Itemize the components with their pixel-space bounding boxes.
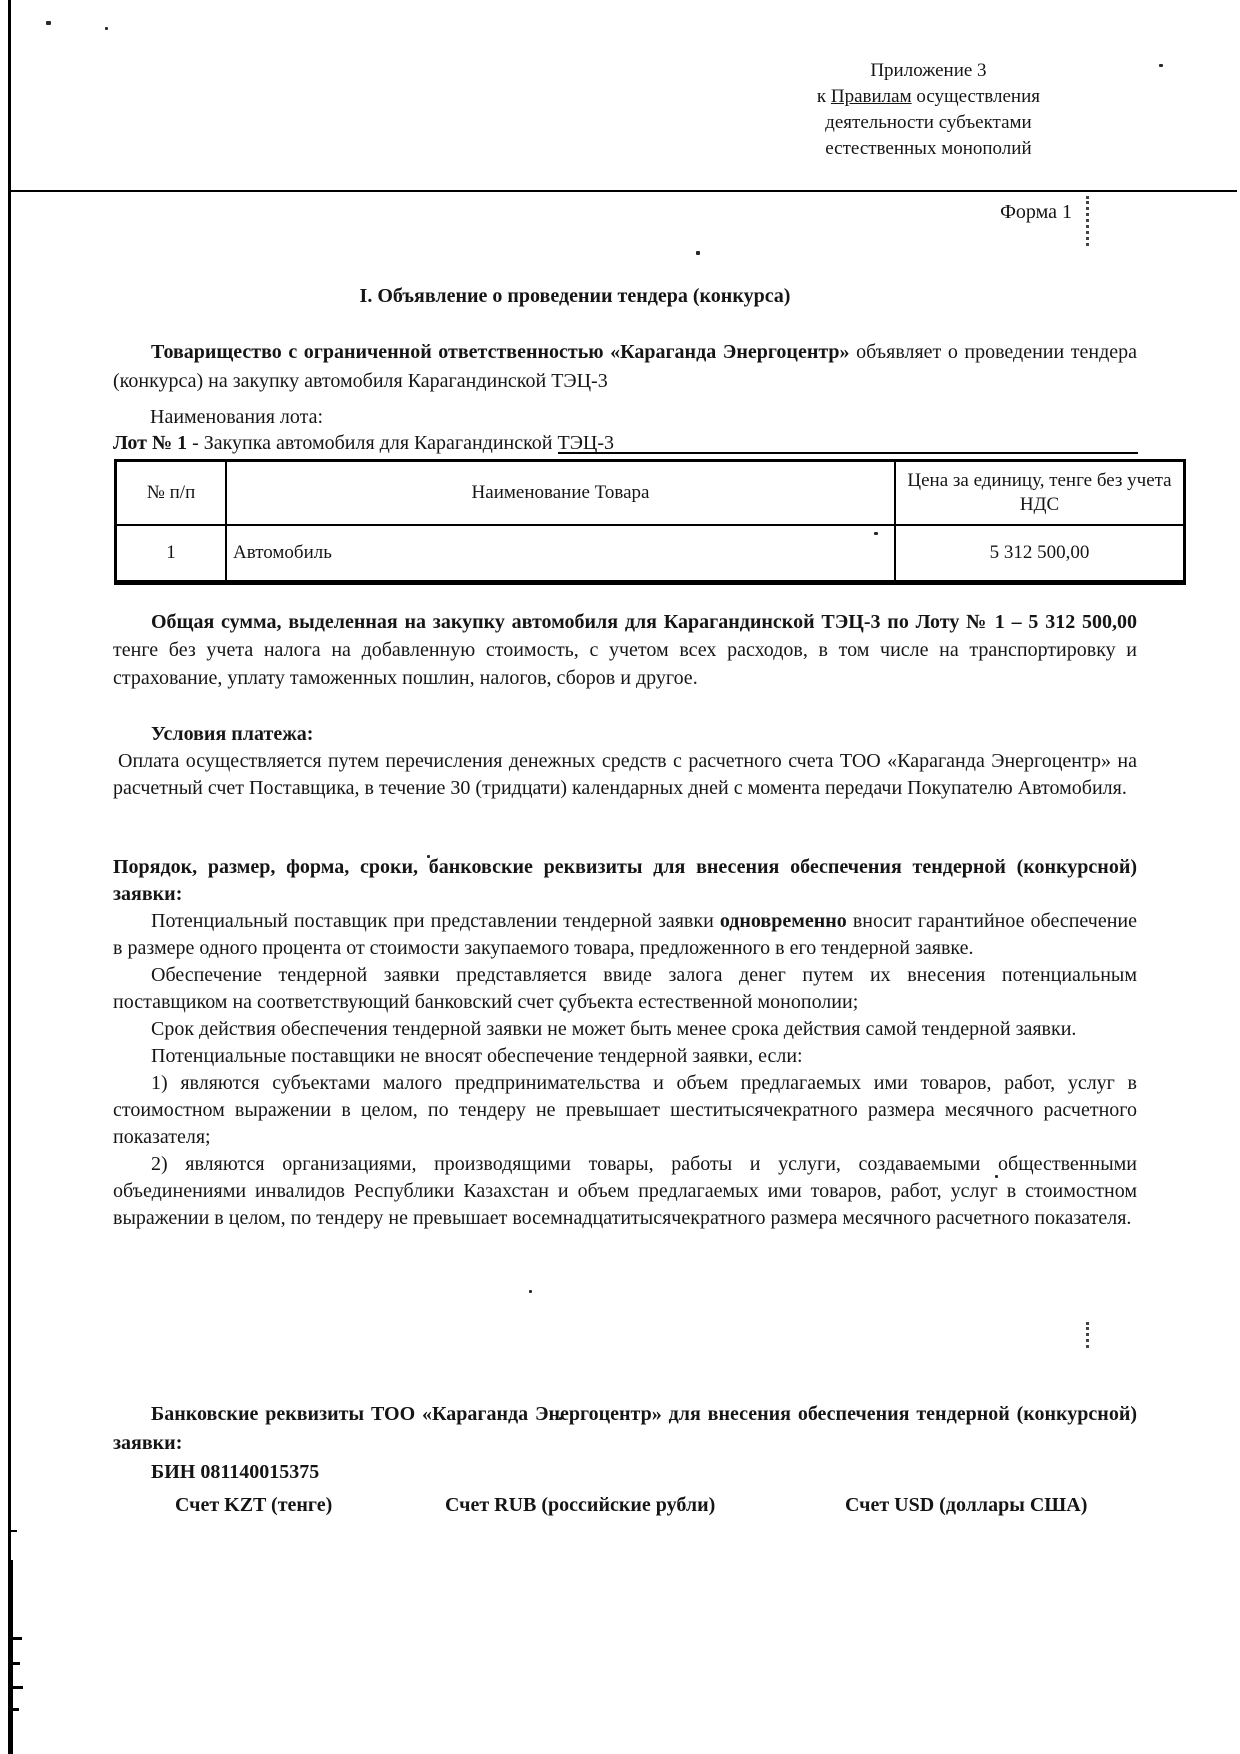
- scan-left-edge-line: [8, 0, 11, 1754]
- scan-dot-artifact: [529, 1290, 532, 1293]
- column-header-price: Цена за единицу, тенге без учета НДС: [895, 461, 1185, 526]
- total-sum-paragraph: Общая сумма, выделенная на закупку автом…: [113, 608, 1137, 692]
- scan-dotted-artifact: [1086, 1322, 1089, 1348]
- security-exemption-item-1: 1) являются субъектами малого предприним…: [113, 1070, 1137, 1151]
- scanned-document-page: Приложение 3 к Правилам осуществления де…: [0, 0, 1240, 1754]
- payment-terms-heading: Условия платежа:: [113, 721, 1137, 748]
- security-heading: Порядок, размер, форма, сроки, банковски…: [113, 854, 1137, 908]
- payment-terms-paragraph: Оплата осуществляется путем перечисления…: [113, 748, 1137, 802]
- lot-section-label: Наименования лота:: [113, 406, 1174, 429]
- intro-paragraph: Товарищество с ограниченной ответственно…: [113, 338, 1137, 396]
- header-separator-line: [8, 190, 1237, 192]
- column-header-number: № п/п: [116, 461, 227, 526]
- bin-number: БИН 081140015375: [113, 1458, 1137, 1487]
- security-p1-bold: одновременно: [720, 910, 847, 932]
- intro-company-bold: Товарищество с ограниченной ответственно…: [151, 341, 850, 363]
- form-number-label: Форма 1: [1000, 201, 1072, 224]
- scan-dot-artifact: [46, 21, 51, 25]
- account-rub-label: Счет RUB (российские рубли): [445, 1491, 715, 1520]
- lot-table-container: № п/п Наименование Товара Цена за единиц…: [114, 459, 1140, 585]
- total-sum-rest: тенге без учета налога на добавленную ст…: [113, 639, 1137, 689]
- security-paragraph-1: Потенциальный поставщик при представлени…: [113, 908, 1137, 962]
- scan-tick-artifact: [10, 1637, 22, 1640]
- lot-table-row: 1 Автомобиль 5 312 500,00: [116, 525, 1185, 583]
- bank-accounts-row: Счет KZT (тенге) Счет RUB (российские ру…: [113, 1487, 1137, 1517]
- appendix-number: Приложение 3: [817, 58, 1040, 84]
- cell-row-number: 1: [116, 525, 227, 583]
- tender-security-section: Порядок, размер, форма, сроки, банковски…: [113, 854, 1137, 1232]
- security-paragraph-4: Потенциальные поставщики не вносят обесп…: [113, 1043, 1137, 1070]
- lot-description: - Закупка автомобиля для Карагандинской …: [187, 432, 614, 454]
- rules-link-text: Правилам: [831, 86, 912, 107]
- rules-prefix: к: [817, 86, 831, 107]
- security-paragraph-2: Обеспечение тендерной заявки представляе…: [113, 962, 1137, 1016]
- bank-details-heading: Банковские реквизиты ТОО «Караганда Энер…: [113, 1400, 1137, 1458]
- rules-suffix: осуществления: [912, 86, 1040, 107]
- scan-tick-artifact: [10, 1708, 19, 1711]
- lot-number-bold: Лот № 1: [113, 432, 187, 454]
- security-paragraph-3: Срок действия обеспечения тендерной заяв…: [113, 1016, 1137, 1043]
- document-title: I. Объявление о проведении тендера (конк…: [0, 285, 1150, 308]
- account-usd-label: Счет USD (доллары США): [845, 1491, 1087, 1520]
- scan-dotted-artifact: [1086, 196, 1089, 246]
- lot-table-header-row: № п/п Наименование Товара Цена за единиц…: [116, 461, 1185, 526]
- security-p1-pre: Потенциальный поставщик при представлени…: [151, 910, 720, 932]
- scan-dot-artifact: [696, 251, 700, 255]
- column-header-goods: Наименование Товара: [226, 461, 895, 526]
- payment-terms-section: Условия платежа: Оплата осуществляется п…: [113, 721, 1137, 802]
- security-exemption-item-2: 2) являются организациями, производящими…: [113, 1151, 1137, 1232]
- scan-tick-artifact: [10, 1530, 17, 1532]
- scan-dot-artifact: [1159, 64, 1163, 67]
- scan-left-edge-line-bottom: [8, 1560, 13, 1754]
- bank-details-section: Банковские реквизиты ТОО «Караганда Энер…: [113, 1400, 1137, 1517]
- cell-goods-name: Автомобиль: [226, 525, 895, 583]
- scan-tick-artifact: [10, 1686, 23, 1689]
- lot-table: № п/п Наименование Товара Цена за единиц…: [114, 459, 1186, 585]
- appendix-reference-block: Приложение 3 к Правилам осуществления де…: [817, 58, 1040, 162]
- total-sum-bold: Общая сумма, выделенная на закупку автом…: [151, 611, 1137, 633]
- appendix-line-subjects: деятельности субъектами: [817, 110, 1040, 136]
- cell-unit-price: 5 312 500,00: [895, 525, 1185, 583]
- appendix-rules-line: к Правилам осуществления: [817, 84, 1040, 110]
- scan-dot-artifact: [105, 27, 108, 30]
- account-kzt-label: Счет KZT (тенге): [175, 1491, 332, 1520]
- appendix-line-monopoly: естественных монополий: [817, 136, 1040, 162]
- scan-line-artifact: [558, 452, 1138, 454]
- scan-tick-artifact: [10, 1662, 20, 1665]
